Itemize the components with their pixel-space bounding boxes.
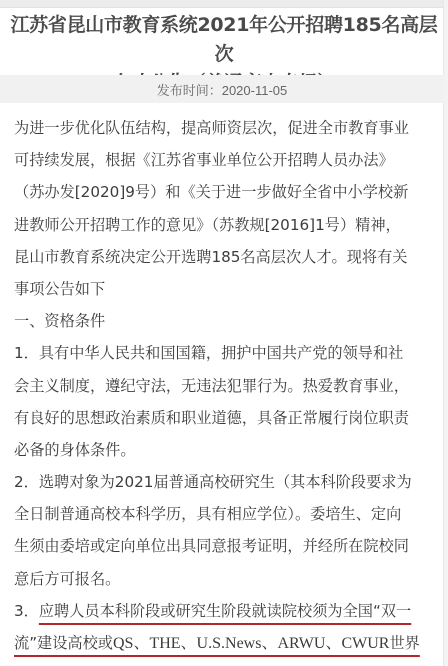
body-line: 意后方可报名。 — [14, 563, 434, 595]
ranking-systems: QS、THE、U.S.News、ARWU、CWUR — [113, 635, 389, 652]
body-line: 会主义制度，遵纪守法，无违法犯罪行为。热爱教育事业， — [14, 370, 434, 402]
body-line: 1．具有中华人民共和国国籍，拥护中国共产党的领导和社 — [14, 337, 434, 369]
article-title-line-1: 江苏省昆山市教育系统2021年公开招聘185名高层次 — [10, 11, 438, 69]
body-line: 进教师公开招聘工作的意见》（苏教规[2016]1号）精神， — [14, 209, 434, 241]
highlighted-requirement-3: 世界 — [389, 634, 419, 652]
body-line: 全日制普通高校本科学历，具有相应学位）。委培生、定向 — [14, 498, 434, 530]
publish-date: 发布时间：2020-11-05 — [157, 80, 288, 99]
section-heading-qualifications: 一、资格条件 — [14, 305, 434, 337]
highlighted-requirement-1: 应聘人员本科阶段或研究生阶段就读院校须为全国“双一 — [39, 602, 411, 620]
body-line: 昆山市教育系统决定公开选聘185名高层次人才。现将有关 — [14, 241, 434, 273]
item-3-prefix: 3． — [14, 602, 39, 620]
body-line: 有良好的思想政治素质和职业道德，具备正常履行岗位职责 — [14, 402, 434, 434]
article-body: 为进一步优化队伍结构，提高师资层次，促进全市教育事业 可持续发展，根据《江苏省事… — [14, 112, 434, 659]
body-line: 必备的身体条件。 — [14, 434, 434, 466]
body-line: （苏办发[2020]9号）和《关于进一步做好全省中小学校新 — [14, 176, 434, 208]
body-line: 可持续发展，根据《江苏省事业单位公开招聘人员办法》 — [14, 144, 434, 176]
body-line: 事项公告如下 — [14, 273, 434, 305]
item-3-line-1: 3．应聘人员本科阶段或研究生阶段就读院校须为全国“双一 — [14, 595, 434, 627]
highlighted-requirement-2: 流”建设高校或 — [14, 634, 113, 652]
body-line: 生须由委培或定向单位出具同意报考证明，并经所在院校同 — [14, 530, 434, 562]
publish-date-band: 发布时间：2020-11-05 — [0, 75, 444, 103]
item-3-line-2: 流”建设高校或QS、THE、U.S.News、ARWU、CWUR世界 — [14, 627, 434, 659]
body-line: 2．选聘对象为2021届普通高校研究生（其本科阶段要求为 — [14, 466, 434, 498]
top-edge-strip — [0, 0, 448, 8]
body-line: 为进一步优化队伍结构，提高师资层次，促进全市教育事业 — [14, 112, 434, 144]
